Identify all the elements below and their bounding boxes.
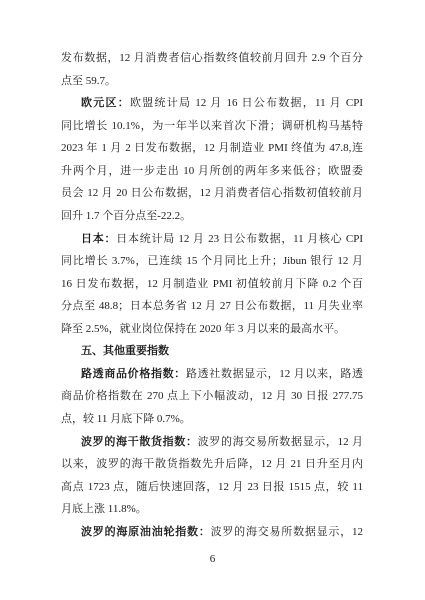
document-page: 发布数据，12 月消费者信心指数终值较前月回升 2.9 个百分 点至 59.7。…	[0, 0, 425, 600]
body-text: 点，较 11 月底下降 0.7%。	[61, 413, 191, 425]
text-line: 升两个月，进一步走出 10 月所创的两年多来低谷；欧盟委	[61, 160, 363, 183]
text-line: 分点至 48.8；日本总务省 12 月 27 日公布数据，11 月失业率	[61, 295, 363, 318]
text-line: 员会 12 月 20 日公布数据，12 月消费者信心指数初值较前月	[61, 182, 363, 205]
body-text: 欧盟统计局 12 月 16 日公布数据，11 月 CPI	[130, 97, 363, 109]
body-text: 月底上涨 11.8%。	[61, 503, 147, 515]
paragraph-label: 波罗的海原油油轮指数：	[81, 526, 211, 538]
text-line: 商品价格指数在 270 点上下小幅波动，12 月 30 日报 277.75	[61, 385, 363, 408]
text-line: 点，较 11 月底下降 0.7%。	[61, 408, 363, 431]
paragraph-label: 日本：	[81, 233, 116, 245]
page-number: 6	[0, 551, 425, 567]
paragraph-label: 波罗的海干散货指数：	[81, 436, 198, 448]
text-block: 发布数据，12 月消费者信心指数终值较前月回升 2.9 个百分 点至 59.7。…	[61, 47, 363, 543]
text-line: 月底上涨 11.8%。	[61, 498, 363, 521]
body-text: 2023 年 1 月 2 日发布数据，12 月制造业 PMI 终值为 47.8,…	[61, 142, 363, 154]
paragraph-start-line: 波罗的海干散货指数：波罗的海交易所数据显示，12 月	[61, 431, 363, 454]
text-line: 点至 59.7。	[61, 70, 363, 93]
body-text: 同比增长 3.7%，已连续 15 个月同比上升；Jibun 银行 12 月	[61, 255, 363, 267]
text-line: 以来，波罗的海干散货指数先升后降，12 月 21 日升至月内	[61, 453, 363, 476]
body-text: 路透社数据显示，12 月以来，路透	[186, 368, 363, 380]
paragraph-label: 路透商品价格指数：	[81, 368, 186, 380]
section-heading-label: 五、其他重要指数	[81, 345, 169, 357]
body-text: 分点至 48.8；日本总务省 12 月 27 日公布数据，11 月失业率	[61, 300, 363, 312]
body-text: 升两个月，进一步走出 10 月所创的两年多来低谷；欧盟委	[61, 165, 363, 177]
text-line: 2023 年 1 月 2 日发布数据，12 月制造业 PMI 终值为 47.8,…	[61, 137, 363, 160]
body-text: 回升 1.7 个百分点至-22.2。	[61, 210, 191, 222]
text-line: 高点 1723 点，随后快速回落，12 月 23 日报 1515 点，较 11	[61, 476, 363, 499]
body-text: 员会 12 月 20 日公布数据，12 月消费者信心指数初值较前月	[61, 187, 363, 199]
body-text: 16 日发布数据，12 月制造业 PMI 初值较前月下降 0.2 个百	[61, 278, 363, 290]
paragraph-label: 欧元区：	[81, 97, 130, 109]
section-heading: 五、其他重要指数	[61, 340, 363, 363]
text-line: 16 日发布数据，12 月制造业 PMI 初值较前月下降 0.2 个百	[61, 273, 363, 296]
body-text: 波罗的海交易所数据显示，12	[211, 526, 363, 538]
body-text: 商品价格指数在 270 点上下小幅波动，12 月 30 日报 277.75	[61, 390, 363, 402]
body-text: 日本统计局 12 月 23 日公布数据，11 月核心 CPI	[116, 233, 363, 245]
body-text: 同比增长 10.1%，为一年半以来首次下滑；调研机构马基特	[61, 120, 363, 132]
body-text: 发布数据，12 月消费者信心指数终值较前月回升 2.9 个百分	[61, 52, 363, 64]
text-line: 同比增长 3.7%，已连续 15 个月同比上升；Jibun 银行 12 月	[61, 250, 363, 273]
text-line: 回升 1.7 个百分点至-22.2。	[61, 205, 363, 228]
body-text: 点至 59.7。	[61, 75, 116, 87]
paragraph-start-line: 波罗的海原油油轮指数：波罗的海交易所数据显示，12	[61, 521, 363, 544]
text-line: 同比增长 10.1%，为一年半以来首次下滑；调研机构马基特	[61, 115, 363, 138]
paragraph-start-line: 日本：日本统计局 12 月 23 日公布数据，11 月核心 CPI	[61, 228, 363, 251]
text-line: 降至 2.5%，就业岗位保持在 2020 年 3 月以来的最高水平。	[61, 318, 363, 341]
body-text: 高点 1723 点，随后快速回落，12 月 23 日报 1515 点，较 11	[61, 481, 363, 493]
paragraph-start-line: 路透商品价格指数：路透社数据显示，12 月以来，路透	[61, 363, 363, 386]
body-text: 以来，波罗的海干散货指数先升后降，12 月 21 日升至月内	[61, 458, 363, 470]
body-text: 波罗的海交易所数据显示，12 月	[198, 436, 363, 448]
paragraph-start-line: 欧元区：欧盟统计局 12 月 16 日公布数据，11 月 CPI	[61, 92, 363, 115]
body-text: 降至 2.5%，就业岗位保持在 2020 年 3 月以来的最高水平。	[61, 323, 345, 335]
text-line: 发布数据，12 月消费者信心指数终值较前月回升 2.9 个百分	[61, 47, 363, 70]
